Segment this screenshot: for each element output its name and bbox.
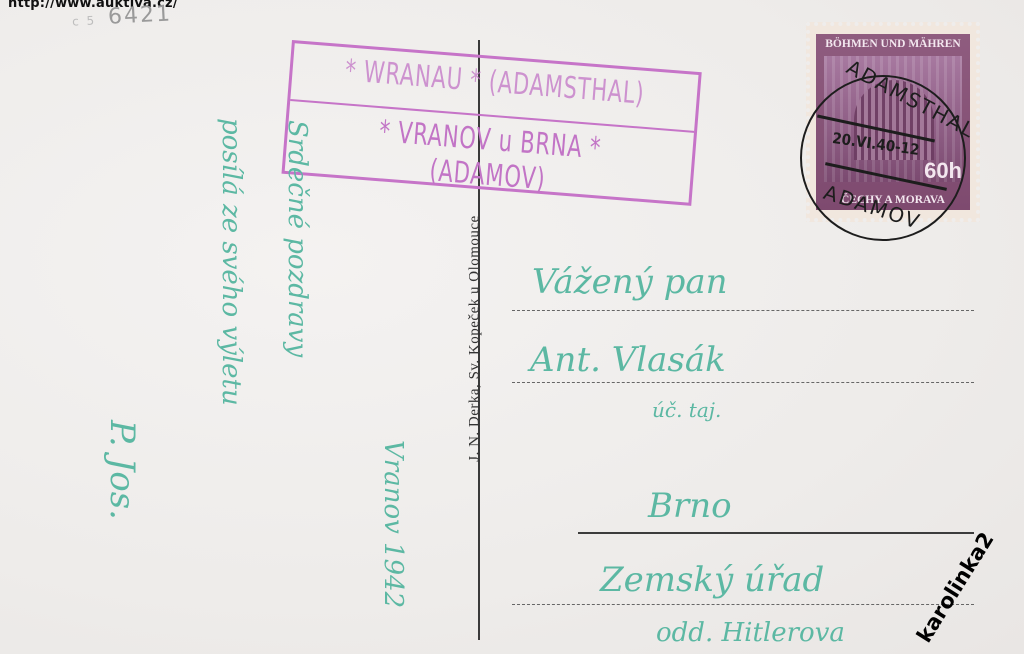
address-line-1 — [512, 310, 974, 311]
stamp-top-text: BÖHMEN UND MÄHREN — [816, 38, 970, 50]
postcard-back: http://www.auktiva.cz/ c 56421 J. N. Der… — [0, 0, 1024, 654]
address-office: Zemský úřad — [600, 560, 824, 600]
cancellation-postmark: ADAMSTHAL 20.VI.40-12 ADAMOV — [800, 75, 966, 241]
pencil-inventory-note: c 56421 — [71, 1, 172, 31]
address-title: úč. taj. — [652, 398, 721, 422]
signature: P. Jos. — [102, 420, 142, 520]
message-line-1: posílá ze svého výletu — [216, 118, 246, 406]
pencil-number: 6421 — [107, 1, 172, 29]
address-line-4 — [512, 604, 974, 605]
address-city: Brno — [648, 486, 732, 526]
address-department: odd. Hitlerova — [656, 618, 845, 648]
seller-watermark: karolinka2 — [912, 528, 999, 647]
message-line-2: Srdečné pozdravy — [282, 120, 312, 357]
postmark-line-german: * WRANAU * (ADAMSTHAL) — [336, 53, 654, 113]
pencil-prefix: c 5 — [72, 13, 97, 28]
address-line-city — [578, 532, 974, 534]
address-name: Ant. Vlasák — [530, 340, 726, 380]
address-line-2 — [512, 382, 974, 383]
address-salutation: Vážený pan — [532, 262, 728, 302]
cancellation-bottom-text: ADAMOV — [821, 180, 924, 234]
postmark-box: * WRANAU * (ADAMSTHAL) * VRANOV u BRNA *… — [281, 40, 701, 206]
publisher-imprint: J. N. Derka, Sv. Kopeček u Olomouce — [467, 164, 484, 514]
message-line-3: Vranov 1942 — [378, 440, 408, 608]
